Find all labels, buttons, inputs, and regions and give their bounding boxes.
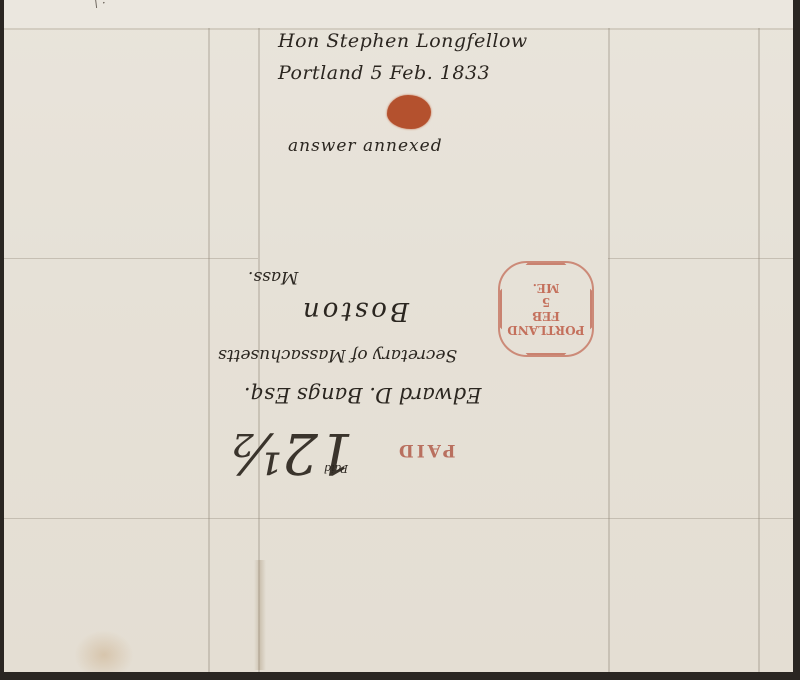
postmark-city: PORTLAND xyxy=(507,323,584,337)
letter-sheet: \ · Hon Stephen Longfellow Portland 5 Fe… xyxy=(4,0,793,672)
wax-seal xyxy=(387,95,431,129)
docket-annotation: answer annexed xyxy=(288,136,443,156)
address-recipient: Edward D. Bangs Esq. xyxy=(244,383,481,407)
paid-stamp: PAID xyxy=(396,440,455,460)
fold-line xyxy=(758,28,760,672)
postmark-state: ME. xyxy=(533,281,560,295)
docket-sender: Hon Stephen Longfellow xyxy=(278,30,528,52)
address-state: Mass. xyxy=(248,267,298,287)
docket-place-date: Portland 5 Feb. 1833 xyxy=(278,62,490,84)
address-city: Boston xyxy=(300,296,409,326)
fold-line xyxy=(608,258,793,259)
fold-line xyxy=(608,28,610,672)
postage-paid-note: Paid xyxy=(324,462,348,475)
fold-line xyxy=(208,28,210,672)
top-fold-strip xyxy=(4,0,793,30)
fold-stain xyxy=(254,560,266,670)
postage-rate: 12½ xyxy=(228,420,354,485)
water-stain xyxy=(74,630,134,672)
fold-line xyxy=(4,518,793,519)
address-title: Secretary of Massachusetts xyxy=(218,345,457,365)
faint-pen-mark: \ · xyxy=(94,0,106,10)
fold-line xyxy=(4,258,258,259)
postmark-month: FEB xyxy=(532,309,560,323)
postmark-day: 5 xyxy=(542,295,550,309)
